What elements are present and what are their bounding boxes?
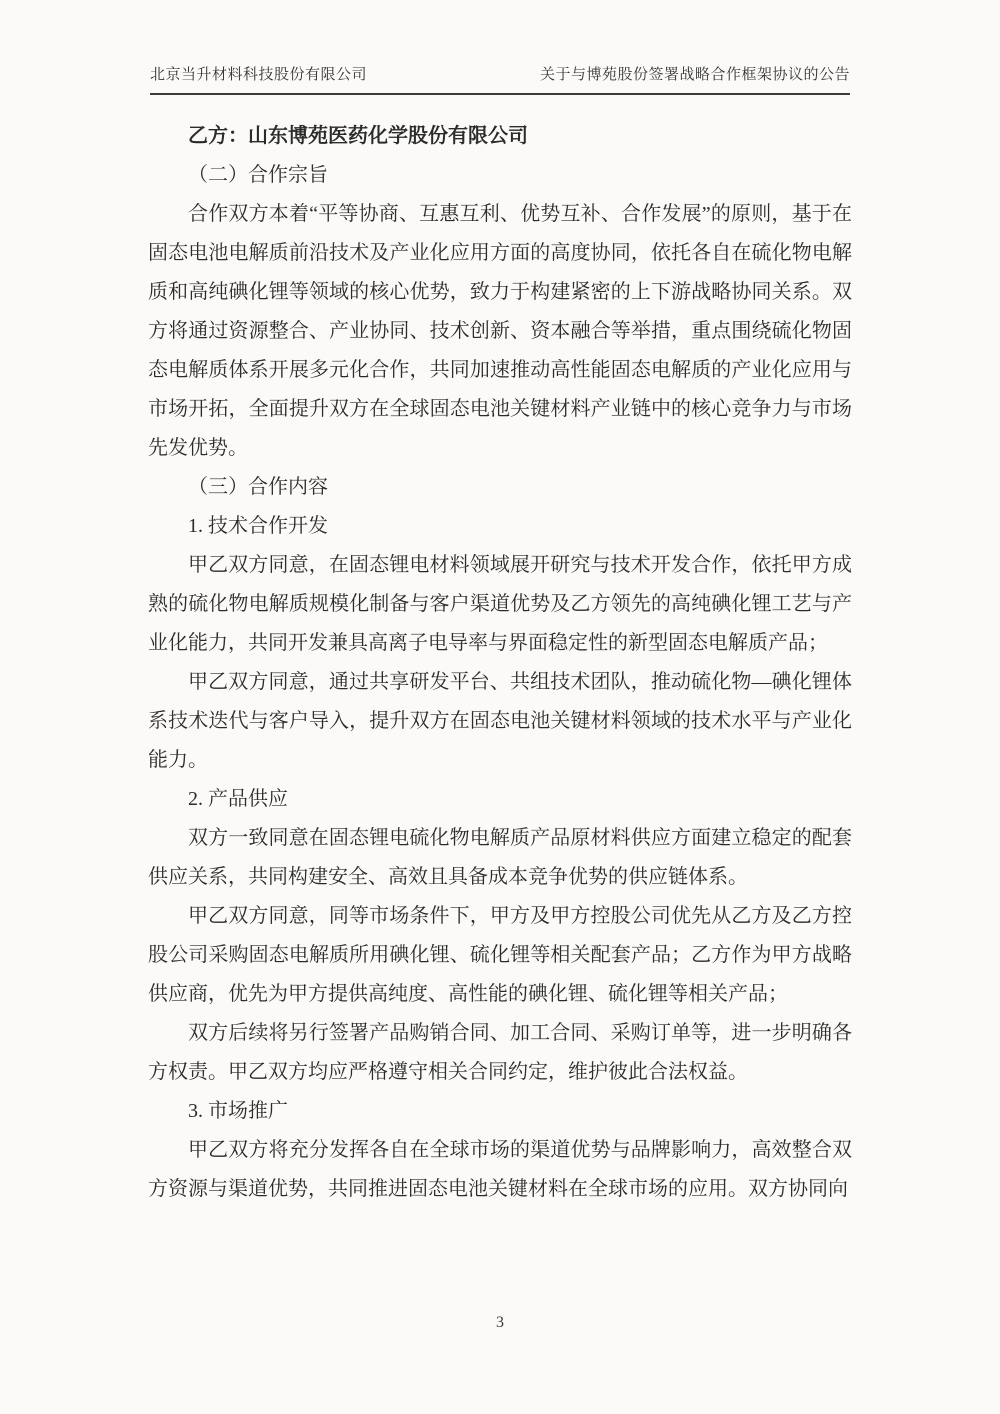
heading-market-promotion: 3. 市场推广 <box>148 1092 852 1131</box>
document-page: 北京当升材料科技股份有限公司 关于与博苑股份签署战略合作框架协议的公告 乙方：山… <box>0 0 1000 1414</box>
party-b-line: 乙方：山东博苑医药化学股份有限公司 <box>148 117 852 156</box>
page-footer: 3 <box>0 1314 1000 1332</box>
header-company-name: 北京当升材料科技股份有限公司 <box>150 64 367 86</box>
paragraph-product-supply-3: 双方后续将另行签署产品购销合同、加工合同、采购订单等，进一步明确各方权责。甲乙双… <box>148 1014 852 1092</box>
paragraph-tech-cooperation-1: 甲乙双方同意，在固态锂电材料领域展开研究与技术开发合作，依托甲方成熟的硫化物电解… <box>148 546 852 663</box>
heading-cooperation-purpose: （二）合作宗旨 <box>148 156 852 195</box>
paragraph-tech-cooperation-2: 甲乙双方同意，通过共享研发平台、共组技术团队，推动硫化物—碘化锂体系技术迭代与客… <box>148 663 852 780</box>
paragraph-product-supply-2: 甲乙双方同意，同等市场条件下，甲方及甲方控股公司优先从乙方及乙方控股公司采购固态… <box>148 897 852 1014</box>
heading-tech-cooperation: 1. 技术合作开发 <box>148 507 852 546</box>
paragraph-market-promotion: 甲乙双方将充分发挥各自在全球市场的渠道优势与品牌影响力，高效整合双方资源与渠道优… <box>148 1131 852 1209</box>
heading-cooperation-content: （三）合作内容 <box>148 468 852 507</box>
header-document-title: 关于与博苑股份签署战略合作框架协议的公告 <box>540 64 850 86</box>
page-header: 北京当升材料科技股份有限公司 关于与博苑股份签署战略合作框架协议的公告 <box>150 0 850 95</box>
paragraph-product-supply-1: 双方一致同意在固态锂电硫化物电解质产品原材料供应方面建立稳定的配套供应关系，共同… <box>148 819 852 897</box>
paragraph-cooperation-purpose: 合作双方本着“平等协商、互惠互利、优势互补、合作发展”的原则，基于在固态电池电解… <box>148 195 852 468</box>
document-body: 乙方：山东博苑医药化学股份有限公司 （二）合作宗旨 合作双方本着“平等协商、互惠… <box>148 117 852 1209</box>
page-number: 3 <box>496 1314 504 1331</box>
heading-product-supply: 2. 产品供应 <box>148 780 852 819</box>
